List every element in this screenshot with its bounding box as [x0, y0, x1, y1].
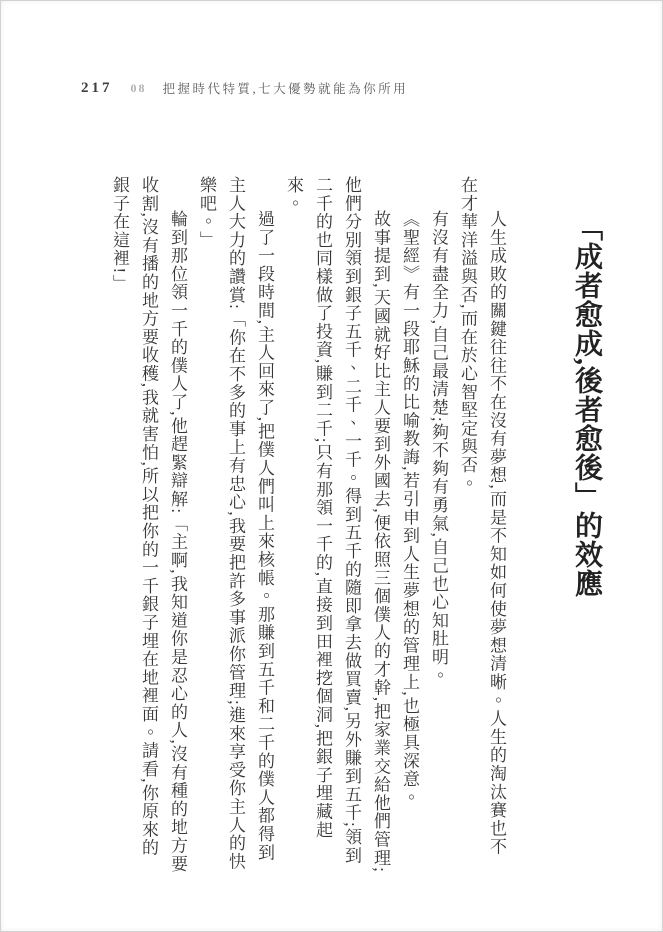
chapter-title: 把握時代特質,七大優勢就能為你所用	[163, 79, 409, 97]
book-page: 217 08 把握時代特質,七大優勢就能為你所用 「成者愈成,後者愈後」的效應 …	[0, 0, 663, 932]
article-body: 人生成敗的關鍵往往不在沒有夢想,而是不知如何使夢想清晰。人生的淘汰賽也不在才華洋…	[105, 176, 511, 874]
paragraph: 人生成敗的關鍵往往不在沒有夢想,而是不知如何使夢想清晰。人生的淘汰賽也不在才華洋…	[453, 176, 511, 874]
running-header: 217 08 把握時代特質,七大優勢就能為你所用	[81, 79, 408, 97]
chapter-number-badge: 08	[131, 81, 147, 96]
paragraph: 有沒有盡全力,自己最清楚;夠不夠有勇氣,自己也心知肚明。	[424, 176, 453, 874]
paragraph: 輪到那位領一千的僕人了,他趕緊辯解:「主啊,我知道你是忍心的人,沒有種的地方要收…	[105, 176, 192, 874]
paragraph: 《聖經》有一段耶穌的比喻教誨,若引申到人生夢想的管理上,也極具深意。	[395, 176, 424, 874]
paragraph: 故事提到,天國就好比主人要到外國去,便依照三個僕人的才幹,把家業交給他們管理;他…	[279, 176, 395, 874]
article-title: 「成者愈成,後者愈後」的效應	[566, 213, 606, 598]
page-number: 217	[81, 80, 113, 97]
paragraph: 過了一段時間,主人回來了,把僕人們叫上來核帳。那賺到五千和二千的僕人都得到主人大…	[192, 176, 279, 874]
